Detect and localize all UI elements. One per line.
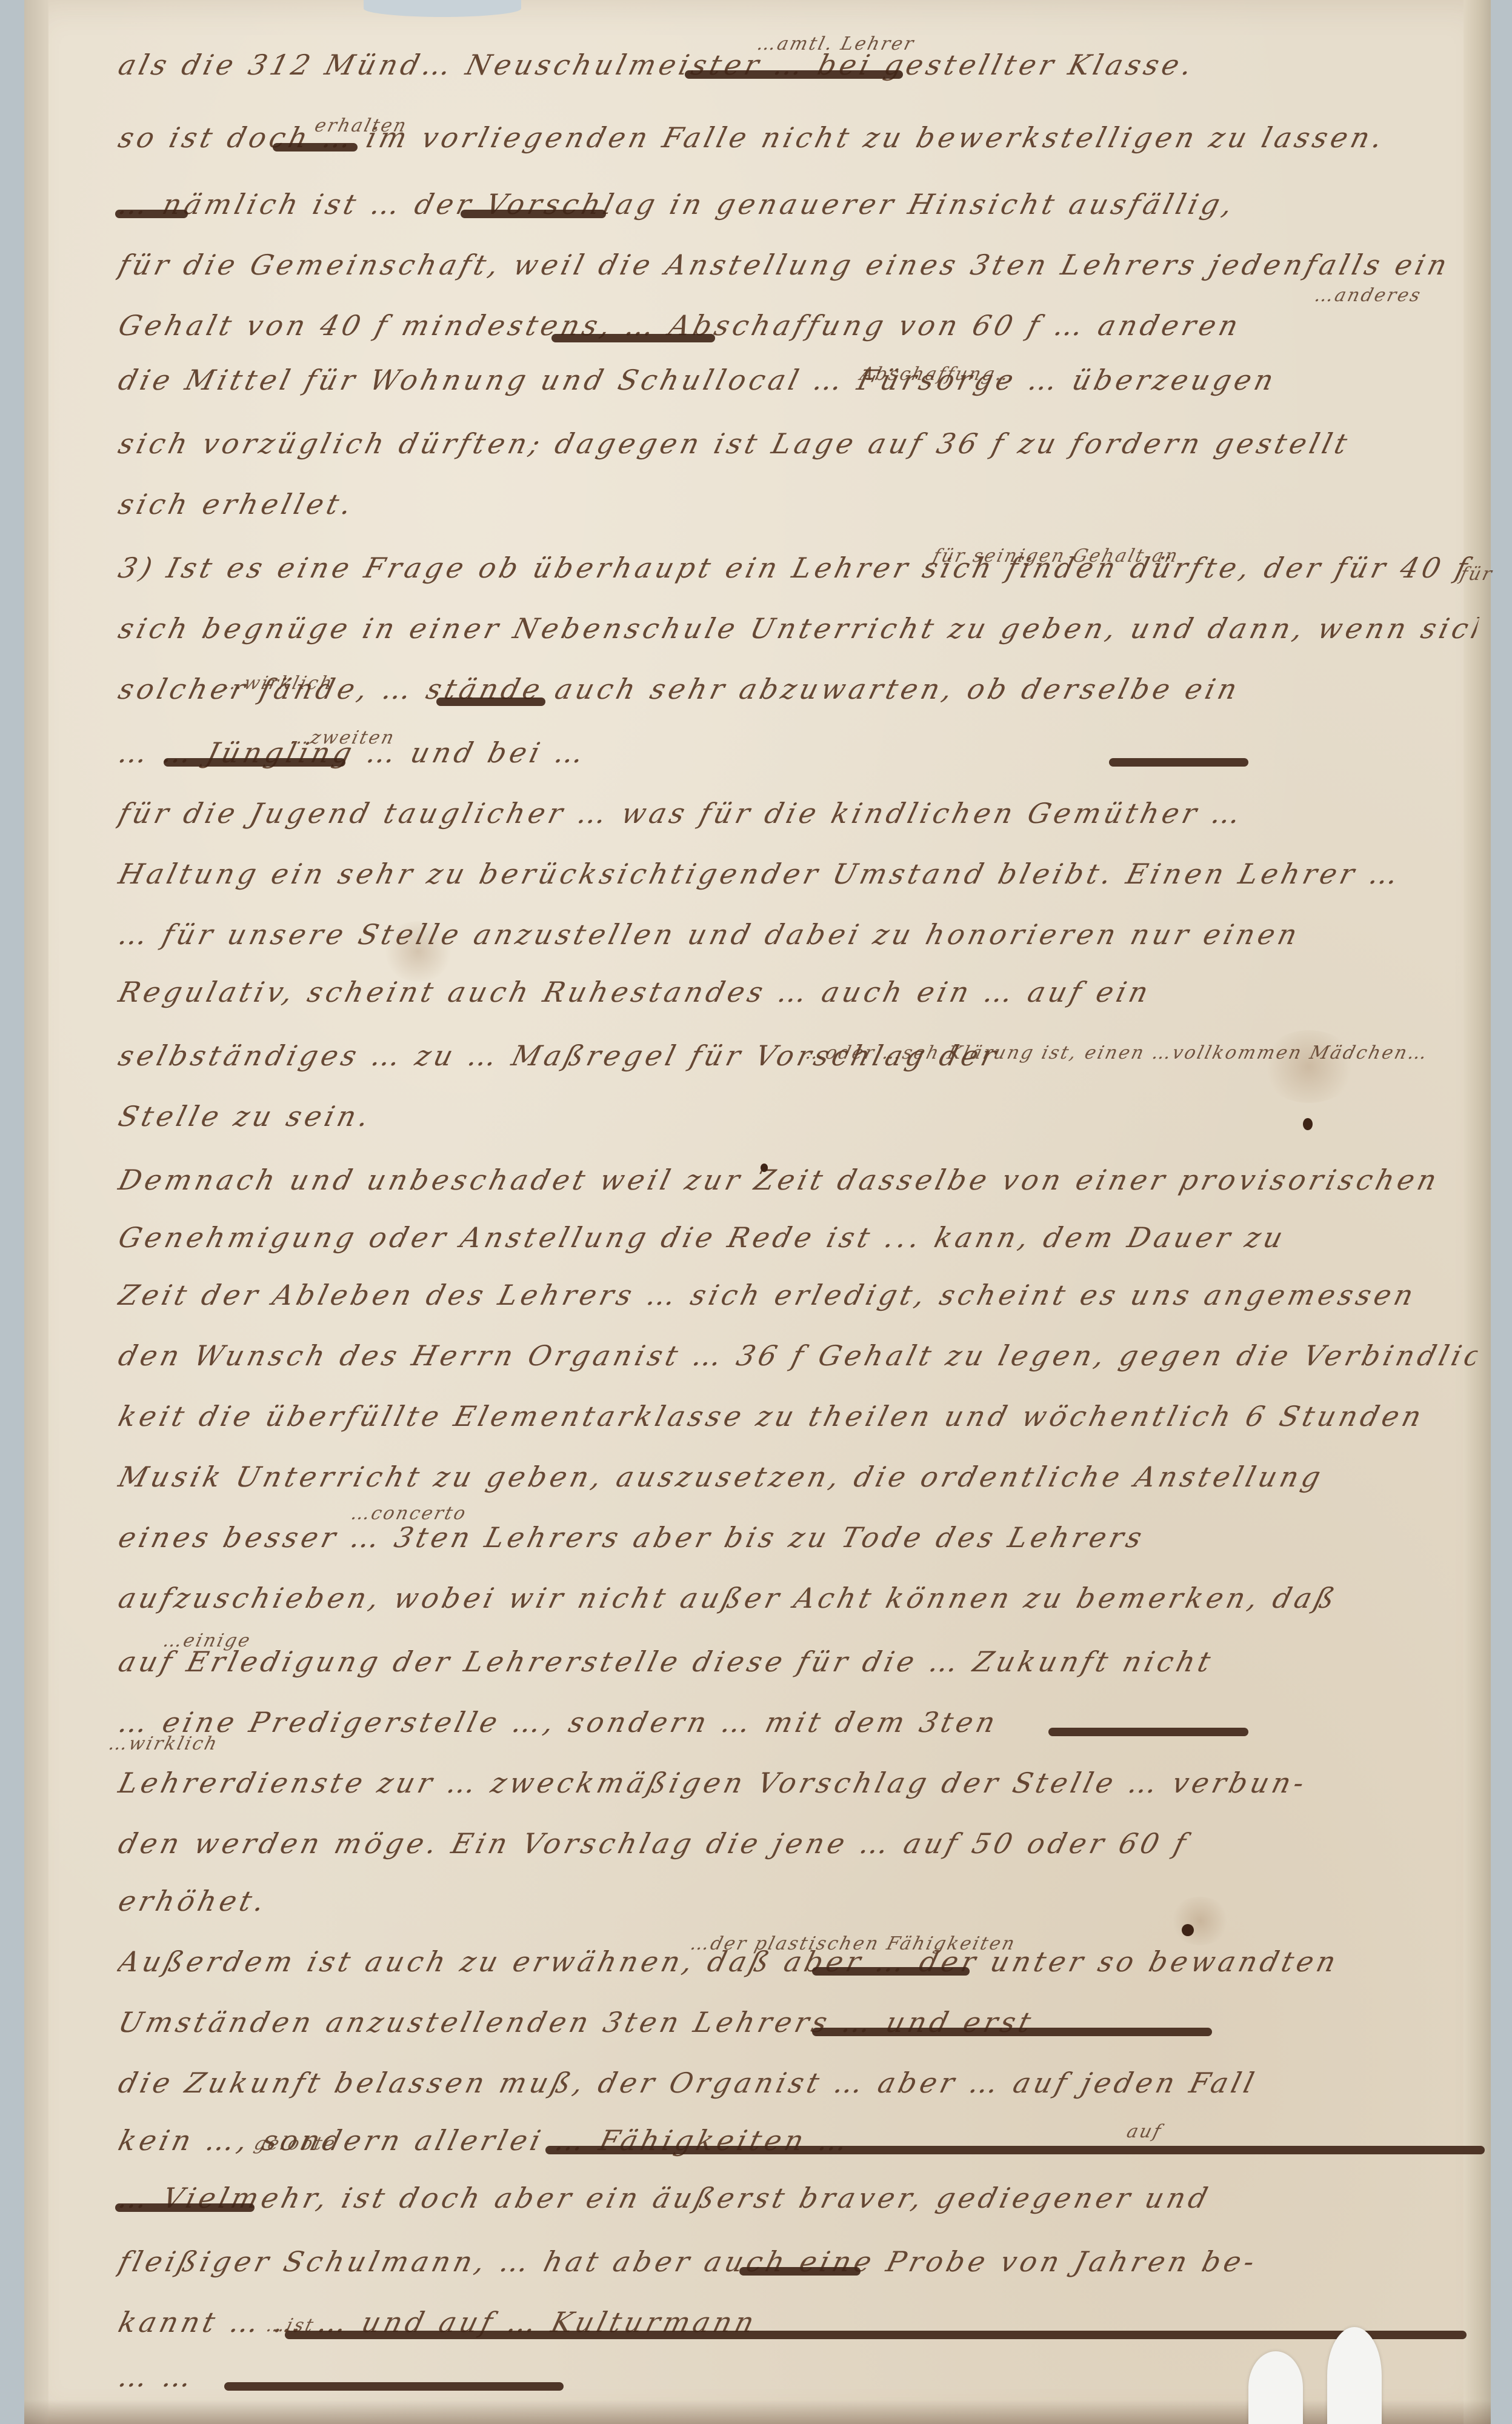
manuscript-line: keit die überfüllte Elementarklasse zu t…	[115, 1400, 1480, 1433]
manuscript-line: die Mittel für Wohnung und Schullocal … …	[115, 364, 1480, 396]
strikethrough-mark	[812, 2028, 1212, 2036]
interlinear-insertion: …anderes	[1313, 285, 1424, 306]
interlinear-insertion: …oder …seh Klärung ist, einen …vollkomme…	[804, 1042, 1431, 1064]
manuscript-line: eines besser … 3ten Lehrers aber bis zu …	[115, 1521, 1480, 1554]
strikethrough-mark	[685, 70, 903, 79]
ink-blot	[1303, 1118, 1313, 1130]
manuscript-line: den werden möge. Ein Vorschlag die jene …	[115, 1827, 1480, 1860]
interlinear-insertion: …der plastischen Fähigkeiten	[688, 1933, 1019, 1954]
manuscript-line: die Zukunft belassen muß, der Organist ……	[115, 2066, 1480, 2099]
manuscript-line: erhöhet.	[115, 1885, 1480, 1917]
manuscript-line: Musik Unterricht zu geben, auszusetzen, …	[115, 1460, 1480, 1493]
interlinear-insertion: …wirklich	[222, 673, 336, 694]
manuscript-line: … nämlich ist … der Vorschlag in genauer…	[115, 188, 1480, 221]
strikethrough-mark	[224, 2382, 564, 2391]
manuscript-line: Stelle zu sein.	[115, 1100, 1480, 1133]
strikethrough-mark	[164, 758, 345, 767]
manuscript-line: Demnach und unbeschadet weil zur Zeit da…	[115, 1164, 1480, 1196]
manuscript-line: Regulativ, scheint auch Ruhestandes … au…	[115, 976, 1480, 1008]
interlinear-insertion: …concerto	[349, 1503, 470, 1524]
manuscript-line: sich vorzüglich dürften; dagegen ist Lag…	[115, 427, 1480, 460]
interlinear-insertion: für seinigen Gehalt an	[931, 545, 1182, 567]
strikethrough-mark	[461, 210, 606, 218]
strikethrough-mark	[115, 2203, 255, 2212]
manuscript-line: auf Erledigung der Lehrerstelle diese fü…	[115, 1645, 1480, 1678]
page-edge-left	[24, 0, 48, 2424]
manuscript-line: Haltung ein sehr zu berücksichtigender U…	[115, 857, 1480, 890]
interlinear-insertion: …amtl. Lehrer	[755, 33, 918, 55]
strikethrough-mark	[1109, 758, 1248, 767]
manuscript-line: für die Gemeinschaft, weil die Anstellun…	[115, 248, 1480, 281]
strikethrough-mark	[545, 2146, 1485, 2154]
strikethrough-mark	[115, 210, 188, 218]
manuscript-line: Lehrerdienste zur … zweckmäßigen Vorschl…	[115, 1766, 1480, 1799]
strikethrough-mark	[739, 2267, 861, 2276]
interlinear-insertion: …zweiten	[288, 727, 398, 748]
strikethrough-mark	[551, 334, 715, 342]
interlinear-insertion: auf	[1125, 2121, 1165, 2142]
interlinear-insertion: gelobte	[252, 2133, 339, 2154]
manuscript-line: … Vielmehr, ist doch aber ein äußerst br…	[115, 2182, 1480, 2214]
strikethrough-mark	[436, 698, 545, 706]
manuscript-line: den Wunsch des Herrn Organist … 36 f Geh…	[115, 1339, 1480, 1372]
interlinear-insertion: …wirklich	[107, 1733, 221, 1754]
page-clip	[1248, 2351, 1303, 2424]
interlinear-insertion: Abschaffung…	[858, 364, 1019, 385]
manuscript-line: … für unsere Stelle anzustellen und dabe…	[115, 918, 1480, 951]
manuscript-line: Genehmigung oder Anstellung die Rede ist…	[115, 1221, 1480, 1254]
manuscript-line: Umständen anzustellenden 3ten Lehrers … …	[115, 2006, 1480, 2039]
manuscript-line: sich begnüge in einer Nebenschule Unterr…	[115, 612, 1480, 645]
strikethrough-mark	[285, 2331, 1467, 2339]
page-tear	[364, 0, 521, 17]
ink-blot	[761, 1164, 768, 1172]
interlinear-insertion: erhalten	[313, 115, 410, 136]
page-clip	[1327, 2327, 1382, 2424]
manuscript-line: sich erhellet.	[115, 488, 1480, 521]
manuscript-line: Zeit der Ableben des Lehrers … sich erle…	[115, 1279, 1480, 1311]
strikethrough-mark	[1048, 1728, 1248, 1736]
manuscript-line: Gehalt von 40 f mindestens, … Abschaffun…	[115, 309, 1480, 342]
manuscript-page: als die 312 Münd… Neuschulmeister … bei …	[24, 0, 1491, 2424]
manuscript-line: für die Jugend tauglicher … was für die …	[115, 797, 1480, 830]
strikethrough-mark	[812, 1967, 970, 1976]
manuscript-line: aufzuschieben, wobei wir nicht außer Ach…	[115, 1582, 1480, 1614]
interlinear-insertion: …einige	[161, 1630, 254, 1651]
manuscript-line: 3) Ist es eine Frage ob überhaupt ein Le…	[115, 551, 1480, 584]
ink-blot	[1182, 1924, 1194, 1936]
interlinear-insertion: für	[1458, 564, 1496, 585]
manuscript-line: … eine Predigerstelle …, sondern … mit d…	[115, 1706, 1480, 1739]
strikethrough-mark	[273, 143, 358, 151]
